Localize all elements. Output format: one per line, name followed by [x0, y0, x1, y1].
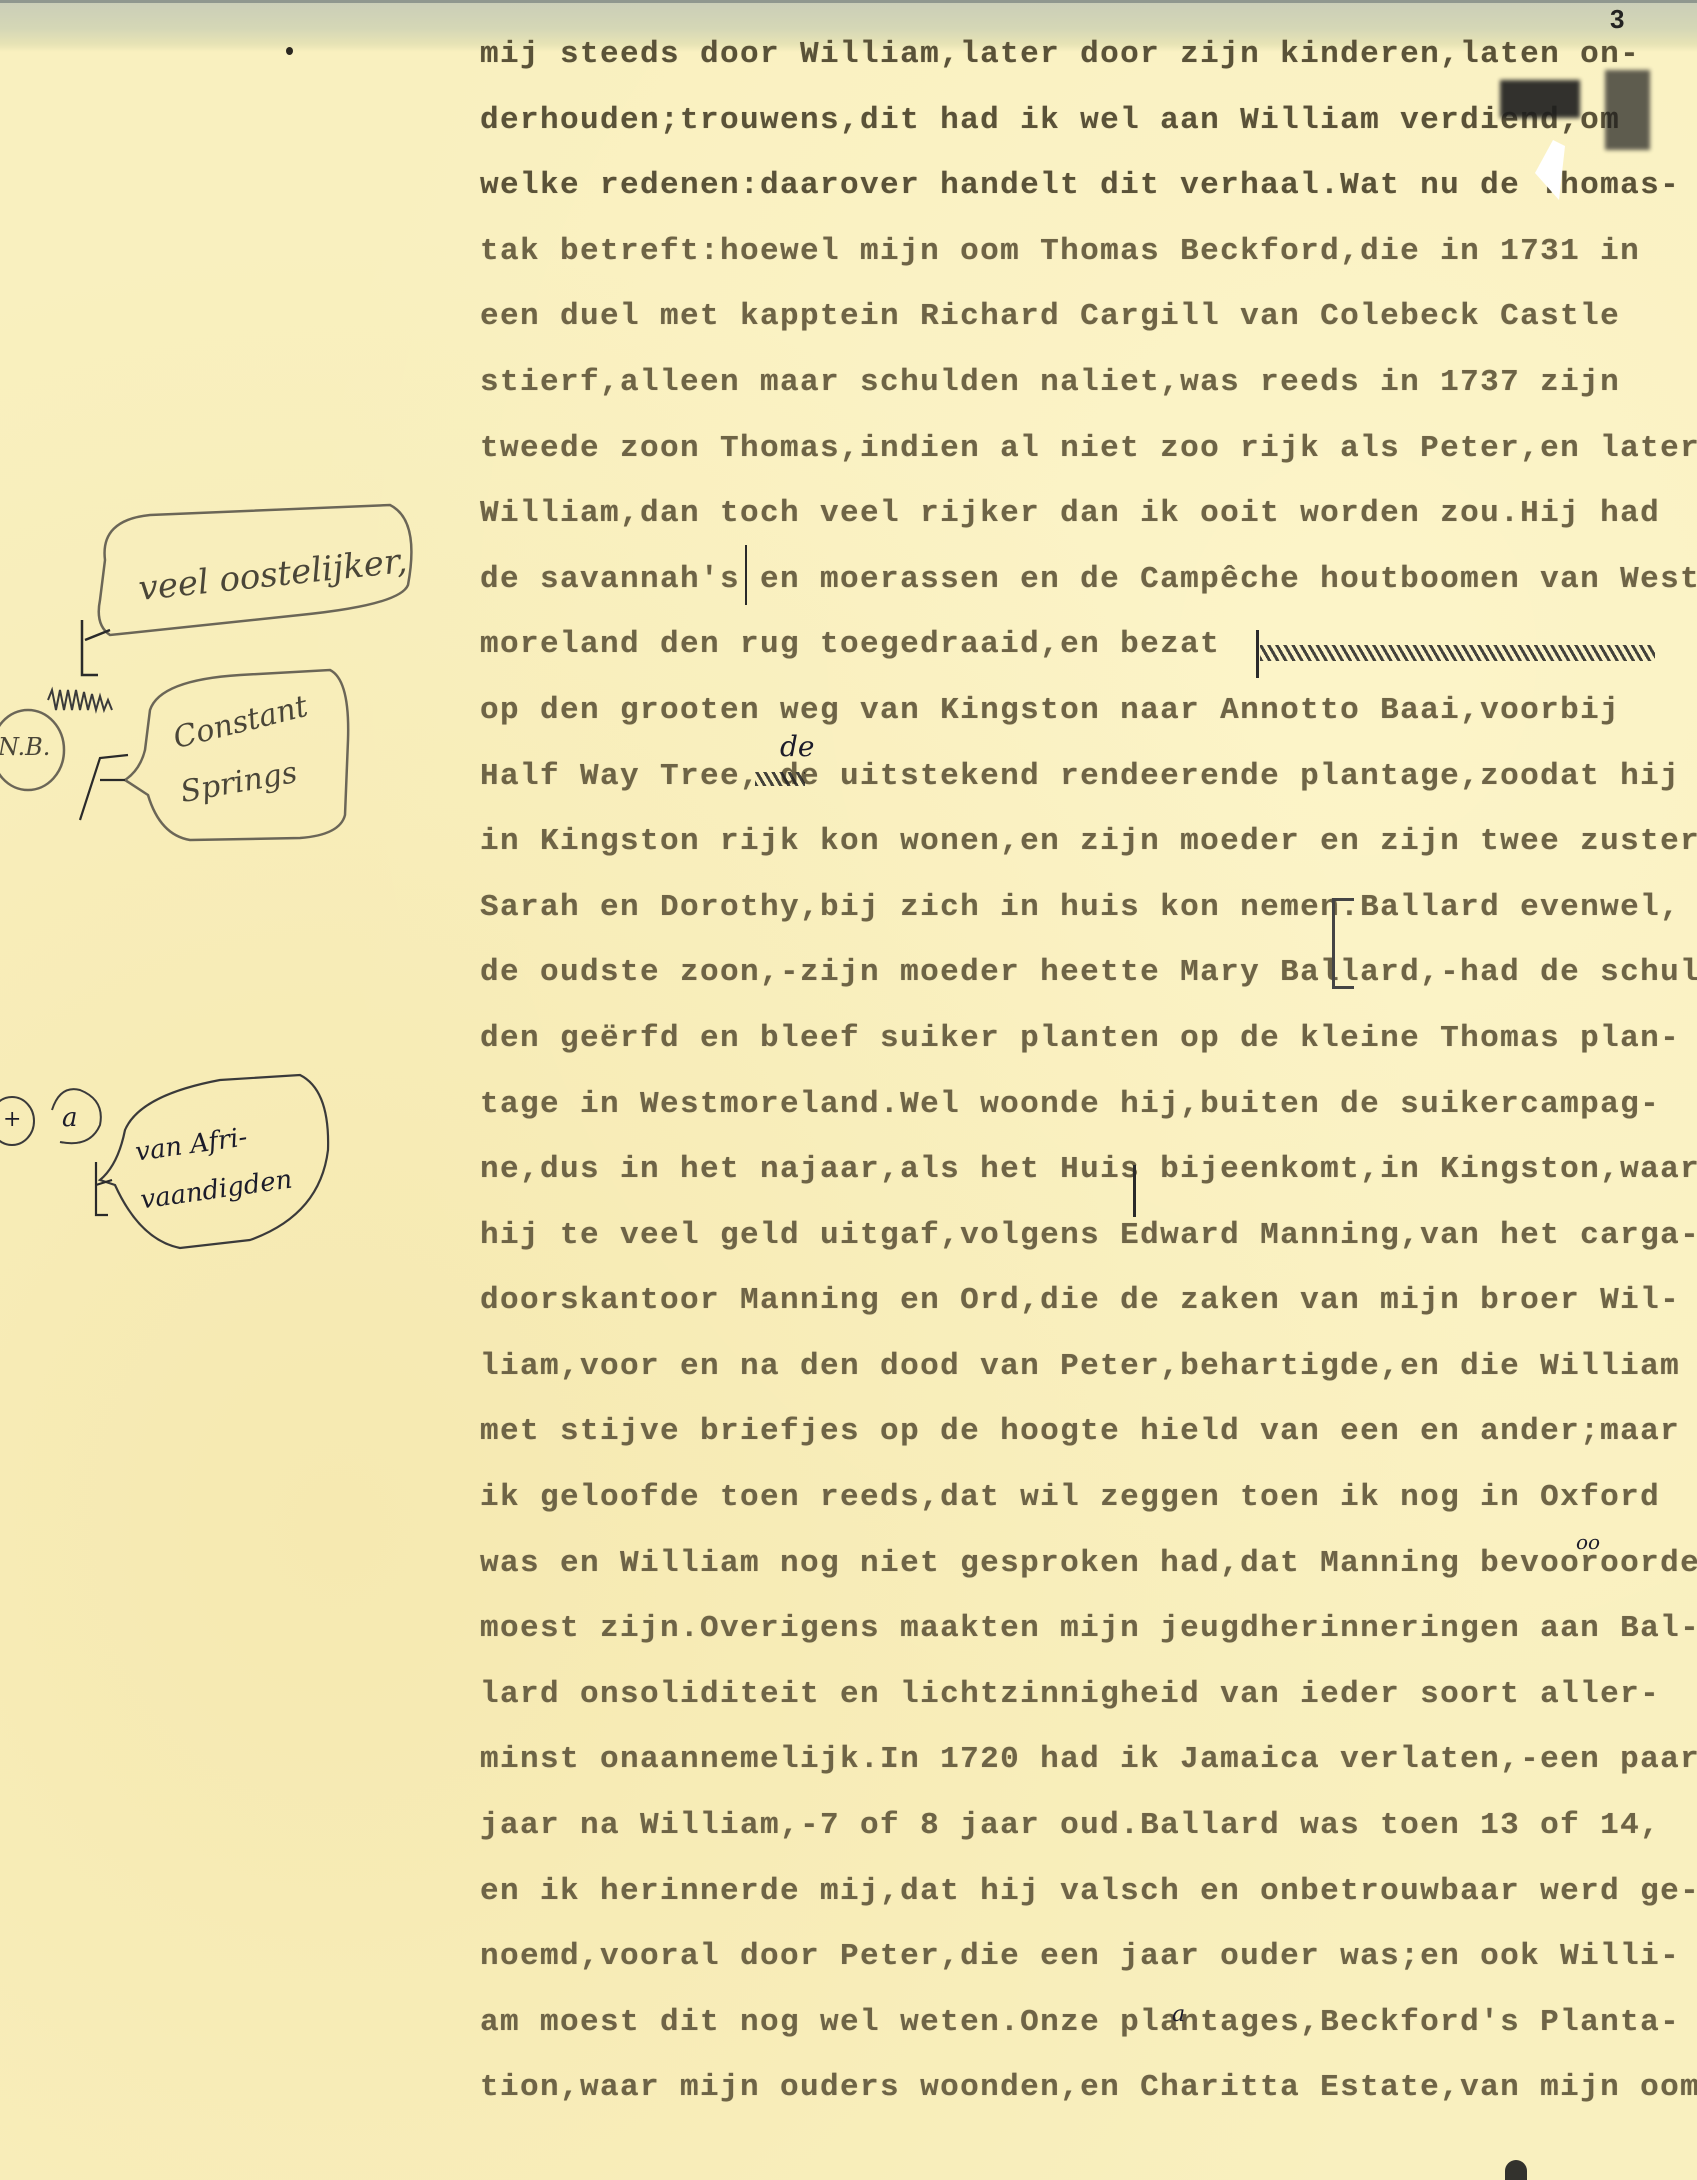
struck-through-text [1260, 645, 1655, 661]
typescript-body: mij steeds door William,later door zijn … [480, 22, 1680, 2121]
typescript-line: de savannah's en moerassen en de Campêch… [480, 547, 1680, 613]
ink-blot-correction [1605, 70, 1650, 150]
typescript-line: William,dan toch veel rijker dan ik ooit… [480, 481, 1680, 547]
typescript-line: tion,waar mijn ouders woonden,en Charitt… [480, 2055, 1680, 2121]
paragraph-bracket [1332, 986, 1354, 989]
typescript-line: lard onsoliditeit en lichtzinnigheid van… [480, 1662, 1680, 1728]
typescript-line: ik geloofde toen reeds,dat wil zeggen to… [480, 1465, 1680, 1531]
ink-mark [1505, 2160, 1527, 2180]
ink-blot-correction [1500, 80, 1580, 118]
paragraph-bracket [1332, 898, 1335, 988]
typescript-line: de oudste zoon,-zijn moeder heette Mary … [480, 940, 1680, 1006]
typescript-line: doorskantoor Manning en Ord,die de zaken… [480, 1268, 1680, 1334]
typescript-line: minst onaannemelijk.In 1720 had ik Jamai… [480, 1727, 1680, 1793]
typescript-line: in Kingston rijk kon wonen,en zijn moede… [480, 809, 1680, 875]
typescript-line: met stijve briefjes op de hoogte hield v… [480, 1399, 1680, 1465]
margin-note-a: a [62, 1103, 78, 1133]
typescript-line: mij steeds door William,later door zijn … [480, 22, 1680, 88]
typescript-line: tage in Westmoreland.Wel woonde hij,buit… [480, 1072, 1680, 1138]
margin-note-nb: N.B. [0, 733, 50, 761]
struck-through-text [755, 772, 805, 786]
typescript-line: Sarah en Dorothy,bij zich in huis kon ne… [480, 875, 1680, 941]
typescript-line: tak betreft:hoewel mijn oom Thomas Beckf… [480, 219, 1680, 285]
margin-note-plus: + [3, 1107, 21, 1132]
document-page: 3 mij steeds door William,later door zij… [0, 0, 1697, 2180]
paragraph-bracket [1332, 898, 1354, 901]
typescript-line: noemd,vooral door Peter,die een jaar oud… [480, 1924, 1680, 1990]
typescript-line: stierf,alleen maar schulden naliet,was r… [480, 350, 1680, 416]
typescript-line: jaar na William,-7 of 8 jaar oud.Ballard… [480, 1793, 1680, 1859]
insertion-bracket [1133, 1165, 1136, 1217]
handwritten-insert: oo [1576, 1530, 1600, 1554]
word-separator-mark [745, 545, 747, 605]
typescript-line: en ik herinnerde mij,dat hij valsch en o… [480, 1859, 1680, 1925]
typescript-line: am moest dit nog wel weten.Onze plantage… [480, 1990, 1680, 2056]
insertion-bracket [1256, 630, 1259, 678]
typescript-line: op den grooten weg van Kingston naar Ann… [480, 678, 1680, 744]
handwritten-insert: de [780, 730, 815, 763]
typescript-line: een duel met kapptein Richard Cargill va… [480, 284, 1680, 350]
typescript-line: welke redenen:daarover handelt dit verha… [480, 153, 1680, 219]
typescript-line: hij te veel geld uitgaf,volgens Edward M… [480, 1203, 1680, 1269]
typescript-line: ne,dus in het najaar,als het Huis bijeen… [480, 1137, 1680, 1203]
typescript-line: was en William nog niet gesproken had,da… [480, 1531, 1680, 1597]
typescript-line: Half Way Tree, de uitstekend rendeerende… [480, 744, 1680, 810]
typescript-line: tweede zoon Thomas,indien al niet zoo ri… [480, 416, 1680, 482]
typescript-line: moest zijn.Overigens maakten mijn jeugdh… [480, 1596, 1680, 1662]
typescript-line: liam,voor en na den dood van Peter,behar… [480, 1334, 1680, 1400]
handwritten-insert: a [1172, 2002, 1185, 2027]
typescript-line: den geërfd en bleef suiker planten op de… [480, 1006, 1680, 1072]
